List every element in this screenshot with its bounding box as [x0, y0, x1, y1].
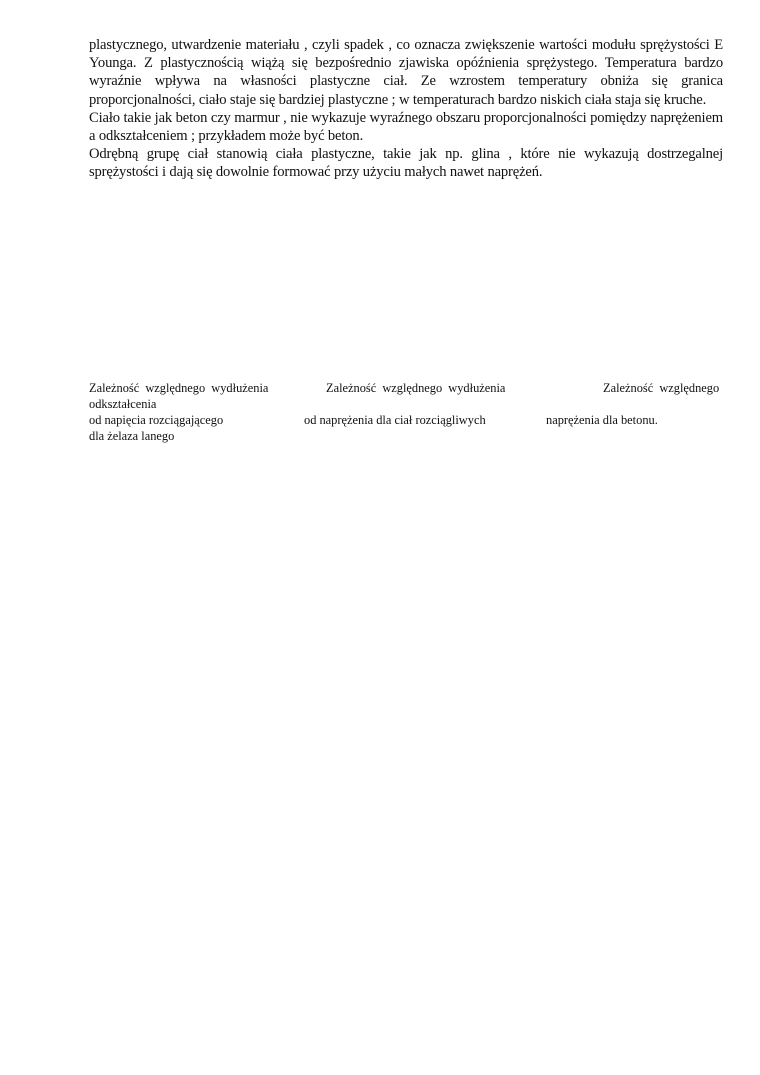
caption-fig1-line2: odkształcenia [89, 397, 156, 413]
document-page: plastycznego, utwardzenie materiału , cz… [0, 0, 760, 1075]
caption-fig3-line1: Zależność względnego [603, 381, 719, 397]
paragraph-plasticity: plastycznego, utwardzenie materiału , cz… [89, 36, 723, 109]
caption-fig1-line4: dla żelaza lanego [89, 429, 174, 445]
paragraph-concrete: Ciało takie jak beton czy marmur , nie w… [89, 109, 723, 145]
caption-fig3-line2: naprężenia dla betonu. [546, 413, 658, 429]
paragraph-plastic-bodies: Odrębną grupę ciał stanowią ciała plasty… [89, 145, 723, 181]
caption-fig1-line3: od napięcia rozciągającego [89, 413, 223, 429]
caption-fig2-line1: Zależność względnego wydłużenia [326, 381, 505, 397]
caption-fig2-line2: od naprężenia dla ciał rozciągliwych [304, 413, 486, 429]
body-text: plastycznego, utwardzenie materiału , cz… [89, 36, 723, 182]
caption-fig1-line1: Zależność względnego wydłużenia [89, 381, 268, 397]
